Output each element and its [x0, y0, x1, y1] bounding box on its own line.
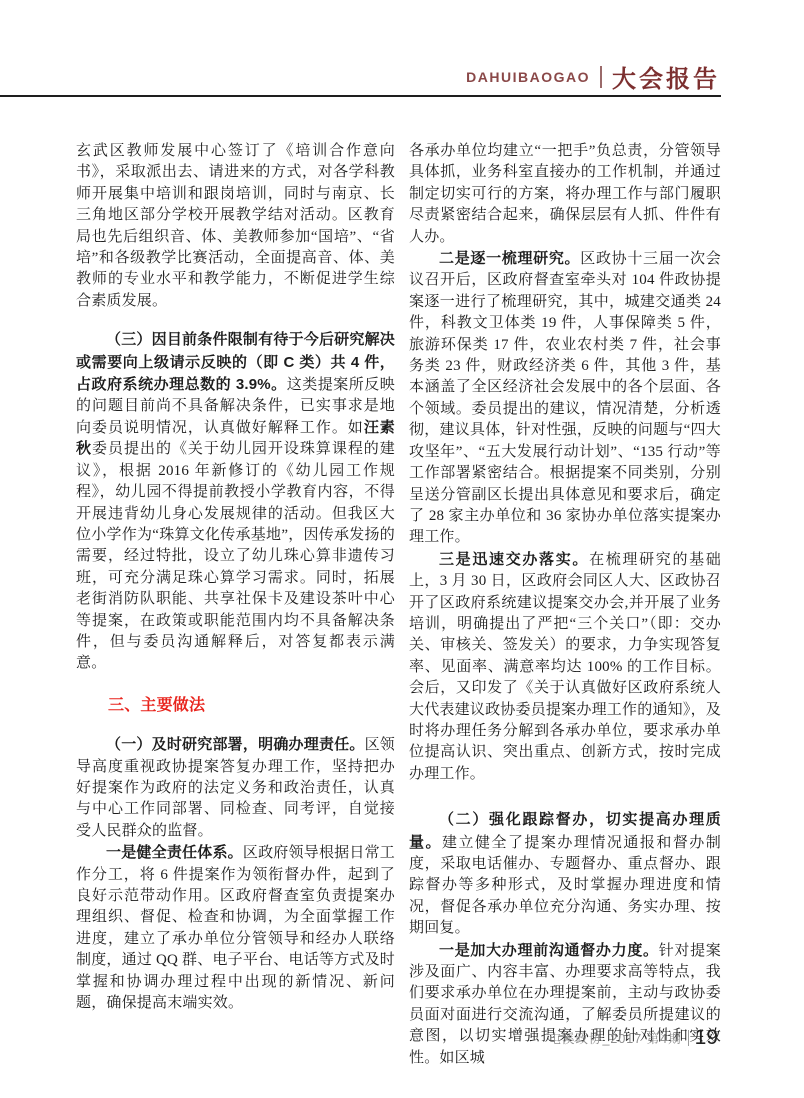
paragraph-text: 各承办单位均建立“一把手”负总责，分管领导具体抓，业务科室直接办的工作机制，并通…	[409, 143, 721, 245]
footer-journal-issue: 屯溪政协_2017 第4期	[548, 1029, 681, 1047]
footer-page-number: 19	[695, 1026, 718, 1050]
column-left: 玄武区教师发展中心签订了《培训合作意向书》，采取派出去、请进来的方式，对各学科教…	[76, 141, 395, 1014]
header-rule	[0, 95, 721, 97]
paragraph-sorting-research: 二是逐一梳理研究。区政协十三届一次会议召开后，区政府督查室牵头对 104 件政协…	[409, 248, 721, 549]
paragraph-text: 在梳理研究的基础上，3 月 30 日，区政府会同区人大、区政协召开了区政府系统建…	[409, 552, 721, 782]
header-title: 大会报告	[612, 59, 720, 94]
paragraph-continuation: 各承办单位均建立“一把手”负总责，分管领导具体抓，业务科室直接办的工作机制，并通…	[409, 141, 721, 248]
column-right: 各承办单位均建立“一把手”负总责，分管领导具体抓，业务科室直接办的工作机制，并通…	[409, 141, 721, 1069]
paragraph-assignment: 三是迅速交办落实。在梳理研究的基础上，3 月 30 日，区政府会同区人大、区政协…	[409, 549, 721, 785]
paragraph-supervision: （二）强化跟踪督办，切实提高办理质量。建立健全了提案办理情况通报和督办制度，采取…	[409, 809, 721, 939]
paragraph-text: 区政协十三届一次会议召开后，区政府督查室牵头对 104 件政协提案逐一进行了梳理…	[409, 251, 721, 545]
bold-lead: 二是逐一梳理研究。	[439, 250, 580, 267]
document-page: DAHUIBAOGAO 大会报告 玄武区教师发展中心签订了《培训合作意向书》，采…	[0, 0, 804, 1098]
paragraph-item-one: （一）及时研究部署，明确办理责任。区领导高度重视政协提案答复办理工作，坚持把办好…	[76, 734, 395, 842]
bold-lead: 一是加大办理前沟通督办力度。	[439, 942, 659, 959]
bold-lead: （一）及时研究部署，明确办理责任。	[106, 736, 365, 753]
page-footer: 屯溪政协_2017 第4期 19	[548, 1026, 718, 1050]
paragraph-text: 委员提出的《关于幼儿园开设珠算课程的建议》，根据 2016 年新修订的《幼儿园工…	[76, 441, 395, 671]
paragraph-responsibility-system: 一是健全责任体系。区政府领导根据日常工作分工，将 6 件提案作为领衔督办件，起到…	[76, 842, 395, 1014]
paragraph-text: 建立健全了提案办理情况通报和督办制度，采取电话催办、专题督办、重点督办、跟踪督办…	[409, 835, 721, 937]
bold-lead: 三是迅速交办落实。	[439, 551, 589, 568]
paragraph-text: 区政府领导根据日常工作分工，将 6 件提案作为领衔督办件，起到了良好示范带动作用…	[76, 845, 395, 1011]
bold-lead: 一是健全责任体系。	[106, 844, 243, 861]
page-header: DAHUIBAOGAO 大会报告	[466, 59, 720, 94]
paragraph-continuation: 玄武区教师发展中心签订了《培训合作意向书》，采取派出去、请进来的方式，对各学科教…	[76, 141, 395, 312]
header-divider	[600, 66, 602, 88]
paragraph-category-c: （三）因目前条件限制有待于今后研究解决或需要向上级请示反映的（即 C 类）共 4…	[76, 329, 395, 675]
footer-divider	[688, 1030, 689, 1046]
section-heading: 三、主要做法	[76, 695, 395, 716]
paragraph-text: 玄武区教师发展中心签订了《培训合作意向书》，采取派出去、请进来的方式，对各学科教…	[76, 143, 395, 309]
header-latin-title: DAHUIBAOGAO	[466, 69, 590, 85]
